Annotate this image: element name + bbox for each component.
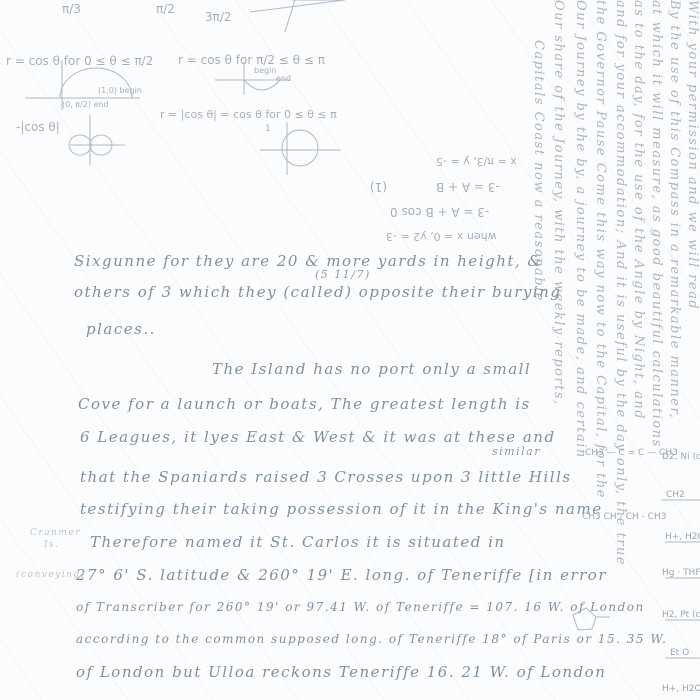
math-inverted-3: when x = 0, y2 = -3 — [386, 230, 497, 243]
math-eq-3: r = |cos θ| = cos θ for 0 ≤ θ ≤ π — [160, 108, 337, 121]
manuscript-line-6: 6 Leagues, it lyes East & West & it was … — [80, 428, 556, 446]
chem-reagent-6: Et O — [670, 648, 689, 658]
vertical-line-4: as to the day, for the use of the Angle … — [631, 0, 646, 420]
manuscript-line-5: Cove for a launch or boats, The greatest… — [78, 395, 531, 413]
vertical-line-2: By the use of this Compass in a remarkab… — [667, 0, 682, 419]
chem-reagent-3: H+, H2O — [665, 532, 700, 542]
vertical-line-5: and for your accommodation; And it is us… — [613, 0, 628, 566]
fabric-print: r = cos θ for 0 ≤ θ ≤ π/2 r = cos θ for … — [0, 0, 700, 700]
manuscript-line-9: Therefore named it St. Carlos it is situ… — [90, 533, 506, 551]
insert-similar: similar — [492, 445, 541, 458]
margin-note-1: Cranmer — [30, 528, 81, 538]
manuscript-line-12: according to the common supposed long. o… — [76, 632, 667, 646]
label-begin: begin — [254, 66, 276, 75]
frac-1: π/3 — [62, 2, 81, 16]
math-eq-1: r = cos θ for 0 ≤ θ ≤ π/2 — [6, 54, 153, 68]
manuscript-line-13: of London but Ulloa reckons Teneriffe 16… — [76, 663, 606, 681]
math-inverted-1: -3 = A + B cos 0 — [390, 205, 489, 219]
manuscript-line-10: 27° 6' S. latitude & 260° 19' E. long. o… — [76, 566, 607, 584]
math-eq-4: -|cos θ| — [16, 120, 60, 134]
vertical-line-1: With your permission and we will read — [685, 0, 700, 310]
chem-reagent-2: CH2 — [666, 490, 685, 500]
chem-reagent-4: Hg · THF — [662, 568, 700, 578]
vertical-line-8: Our share of the Journey, with the weekl… — [551, 0, 566, 406]
vertical-line-7: Our Journey by the by, a journey to be m… — [573, 0, 588, 459]
manuscript-line-7: that the Spaniards raised 3 Crosses upon… — [80, 468, 572, 486]
manuscript-line-8: testifying their taking possession of it… — [80, 500, 603, 518]
superscript-note: (5 11/7) — [315, 268, 371, 281]
manuscript-line-3: places.. — [86, 320, 156, 338]
margin-note-3: (conveying) — [16, 570, 86, 580]
chem-reagent-7: H+, H2O — [662, 684, 700, 694]
label-point-1: (1,0) begin — [98, 86, 142, 95]
frac-3: 3π/2 — [205, 10, 232, 24]
math-eq-2: r = cos θ for π/2 ≤ θ ≤ π — [178, 53, 325, 67]
manuscript-line-11: of Transcriber for 260° 19' or 97.41 W. … — [76, 600, 645, 614]
manuscript-line-2: others of 3 which they (called) opposite… — [74, 283, 561, 301]
chem-reagent-1: D2, Ni (ca) — [662, 452, 700, 462]
label-axis: 1 — [265, 124, 271, 134]
vertical-line-3: at which it will measure, as good beauti… — [649, 0, 664, 448]
chem-reagent-5: H2, Pt (cat) — [662, 610, 700, 620]
label-point-2: (0, π/2) end — [62, 100, 109, 109]
manuscript-line-1: Sixgunne for they are 20 & more yards in… — [74, 252, 542, 270]
frac-2: π/2 — [156, 2, 175, 16]
math-inverted-5: (1) — [370, 180, 387, 194]
math-inverted-4: x = π/3, y = -5 — [436, 155, 517, 168]
chem-molecule-2: CH3 CH - CH - CH3 — [582, 512, 666, 522]
manuscript-line-4: The Island has no port only a small — [212, 360, 531, 378]
label-end: end — [276, 74, 291, 83]
margin-note-2: Is. — [44, 540, 60, 550]
math-inverted-2: -3 = A + B — [436, 180, 500, 194]
vertical-line-6: the Governor Pause Come this way now to … — [593, 0, 608, 499]
